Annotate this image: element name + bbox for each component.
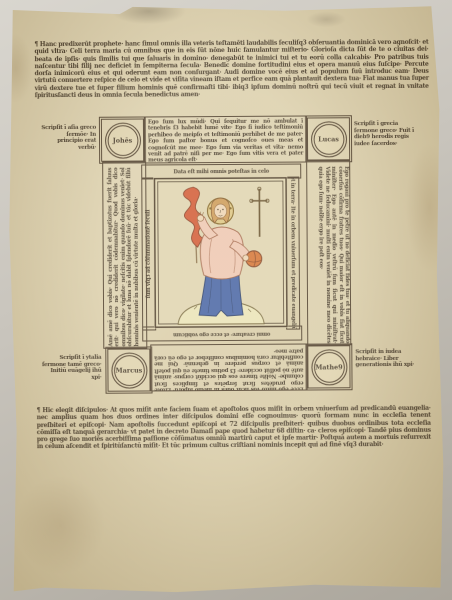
medallion-box-john: Johēs xyxy=(99,116,146,163)
stain xyxy=(15,475,106,576)
medallion-name-luke: Lucas xyxy=(318,135,339,143)
eye xyxy=(217,209,218,210)
gospel-band-right-text: Ego rogaui pro te petre ut nō deficiat f… xyxy=(309,163,351,345)
cross-staff xyxy=(251,189,267,237)
medallion-box-luke: Lucas xyxy=(305,115,352,162)
corner-note-john: Scripſit ī aſia greco ſermōe· In princip… xyxy=(41,125,96,152)
bottom-text-block: ¶ Hic elegit diſcipulos· At quos miſit a… xyxy=(37,405,431,451)
orb-hand xyxy=(243,255,249,261)
evangelist-medallion-mark: Marcus xyxy=(111,352,147,388)
evangelist-medallion-luke: Lucas xyxy=(310,121,346,157)
stain xyxy=(306,11,346,27)
gospel-band-right: Ego rogaui pro te petre ut nō deficiat f… xyxy=(306,160,351,345)
medallion-box-matthew: Mathe9 xyxy=(305,343,352,390)
gospel-band-top: Ego ſum lux mūdi· Qui ſequitur me nō amb… xyxy=(144,116,307,164)
corner-note-luke: Scripſit ī grecia ſermone greco· Fuit ī … xyxy=(354,121,416,148)
medallion-name-matthew: Mathe9 xyxy=(315,363,342,371)
manuscript-sheet: ¶ Hanc predixerūt prophete· hanc ſimul o… xyxy=(6,3,446,598)
woodcut-frame: Data eſt mihi omnis poteſtas in celo omn… xyxy=(141,164,300,342)
stain xyxy=(111,0,186,25)
caption-bottom-text: omni creature· et ecce ego vobiſcum xyxy=(174,330,271,337)
eye xyxy=(222,209,223,210)
corner-note-mark: Scripſit ī ytalia ſermone tamē greco· In… xyxy=(41,355,101,382)
stain xyxy=(0,33,33,103)
gospel-band-bottom: Ecce ego mitto vos ſicut oues in medio l… xyxy=(150,344,307,392)
photograph-background: ¶ Hanc predixerūt prophete· hanc ſimul o… xyxy=(0,0,452,600)
medallion-name-mark: Marcus xyxy=(116,366,143,374)
medallion-name-john: Johēs xyxy=(113,136,133,144)
evangelist-medallion-john: Johēs xyxy=(104,122,140,158)
christ-figure xyxy=(153,177,288,329)
medallion-box-mark: Marcus xyxy=(105,346,152,393)
caption-right-text: et in terra· Ite in orbem vniuerſum et p… xyxy=(287,179,298,328)
blessing-hand xyxy=(197,215,203,221)
evangelist-medallion-matthew: Mathe9 xyxy=(311,349,347,385)
stain xyxy=(405,143,452,273)
top-text-block: ¶ Hanc predixerūt prophete· hanc ſimul o… xyxy=(34,39,428,100)
gospel-band-bottom-text: Ecce ego mitto vos ſicut oues in medio l… xyxy=(151,345,306,392)
gospel-band-top-text: Ego ſum lux mūdi· Qui ſequitur me nō amb… xyxy=(145,117,306,164)
christ-woodcut xyxy=(153,177,288,329)
corner-note-matthew: Scripſit in iudea hebraice· Liber genera… xyxy=(355,349,417,369)
